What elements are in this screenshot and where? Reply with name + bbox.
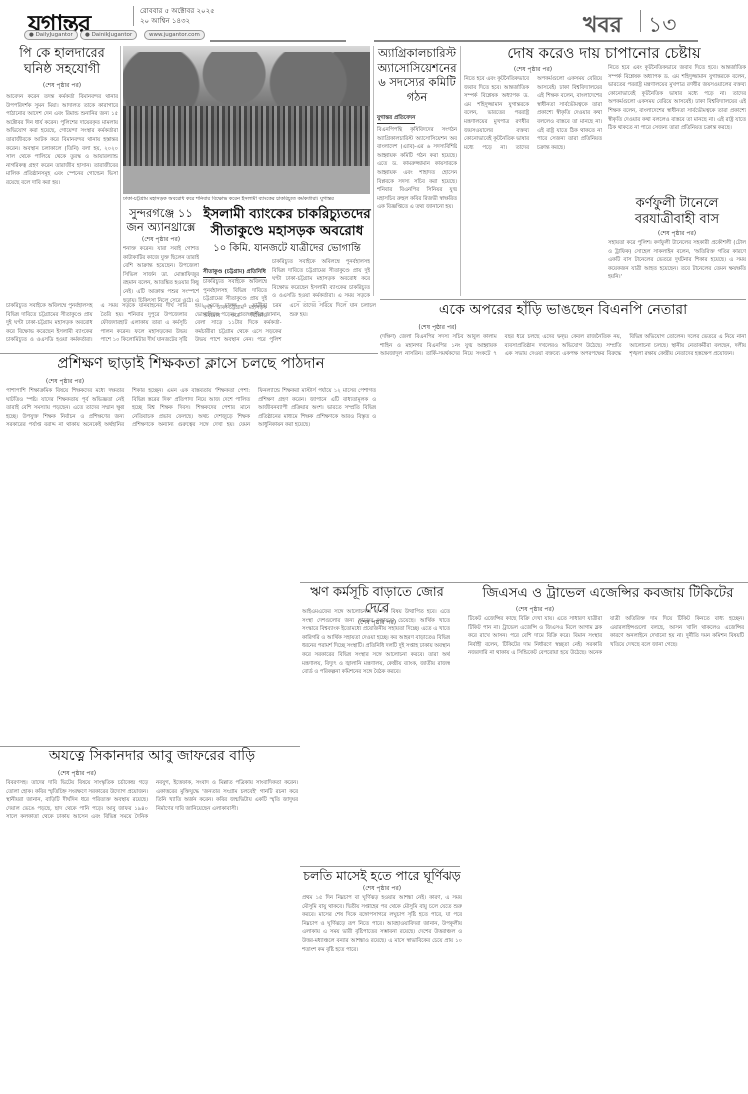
gsa-body: (শেষ পৃষ্ঠার পর) টিকেট এজেন্সির কাছে বিক… — [468, 604, 744, 1094]
section-rule — [380, 299, 746, 300]
article-blame[interactable]: দোষ করেও দায় চাপানোর চেষ্টায় — [464, 44, 744, 62]
blame-col3: নিতে হবে এবং কূটনৈতিকভাবে জবাব দিতে হবে।… — [608, 64, 746, 192]
article-body: বিএনপিপন্থি কৃষিবিদদের সংগঠন অ্যাগ্রিকাল… — [377, 126, 457, 298]
islami-bank-body-tail: চাকরিচ্যুত সবাইকে অবিলম্বে পুনর্বহালসহ ব… — [6, 302, 376, 350]
section-rule — [300, 582, 748, 583]
article-cyclone[interactable]: চলতি মাসেই হতে পারে ঘূর্ণিঝড় (শেষ পৃষ্ঠ… — [302, 868, 462, 1090]
continued-label: (শেষ পৃষ্ঠার পর) — [380, 322, 495, 333]
article-sundarganj[interactable]: সুন্দরগঞ্জে ১১ জন অ্যানথ্রাক্সে (শেষ পৃষ… — [123, 206, 199, 305]
photo-caption: ঢাকা-চট্টগ্রাম মহাসড়ক অবরোধ করে শনিবার … — [123, 196, 370, 204]
headline: অযত্নে সিকানদার আবু জাফরের বাড়ি — [6, 748, 298, 765]
website-link[interactable]: www.jugantor.com — [144, 30, 205, 40]
continued-label: (শেষ পৃষ্ঠার পর) — [468, 604, 602, 615]
article-islami-bank[interactable]: ইসলামী ব্যাংকের চাকরিচ্যুতদের সীতাকুণ্ডে… — [203, 206, 371, 256]
sikandar-body: (শেষ পৃষ্ঠার পর) বিবরণসহ। তাদের দাবি ভিট… — [6, 768, 298, 1094]
article-body-cont: চাকরিচ্যুত সবাইকে অবিলম্বে পুনর্বহালসহ ব… — [272, 258, 370, 302]
article-body: নিতে হবে এবং কূটনৈতিকভাবে জবাব দিতে হবে।… — [464, 75, 602, 303]
article-karnaphuli[interactable]: কর্ণফুলী টানেলে বরযাত্রীবাহী বাস (শেষ পৃ… — [608, 196, 746, 299]
headline: জিএসএ ও ট্রাভেল এজেন্সির কবজায় টিকিটের — [468, 585, 748, 601]
headline: ইসলামী ব্যাংকের চাকরিচ্যুতদের সীতাকুণ্ডে… — [203, 206, 371, 240]
date-gregorian: রোববার ৫ অক্টোবর ২০২৫ — [140, 6, 215, 16]
headline: দোষ করেও দায় চাপানোর চেষ্টায় — [464, 44, 744, 62]
headline: প্রশিক্ষণ ছাড়াই শিক্ষকতা ক্লাসে চলছে পা… — [6, 354, 376, 372]
continued-label: (শেষ পৃষ্ঠার পর) — [608, 228, 746, 239]
headline: অ্যাগ্রিকালচারিস্ট অ্যাসোসিয়েশনের ৬ সদস… — [377, 46, 457, 104]
article-bnp[interactable]: একে অপরের হাঁড়ি ভাঙছেন বিএনপি নেতারা — [380, 302, 746, 319]
article-agriculturist[interactable]: অ্যাগ্রিকালচারিস্ট অ্যাসোসিয়েশনের ৬ সদস… — [377, 46, 457, 298]
article-body: শনাক্ত করেন। যারা সবাই গোশত কাটাকাটির কা… — [123, 245, 199, 305]
section-title: খবর — [583, 8, 622, 45]
article-gsa[interactable]: জিএসএ ও ট্রাভেল এজেন্সির কবজায় টিকিটের — [468, 585, 748, 601]
article-body: আবেদন করেন তদন্ত কর্মকর্তা বিমানবন্দর থা… — [6, 93, 118, 293]
divider — [640, 10, 641, 32]
news-photo-protest — [123, 46, 370, 194]
article-training[interactable]: প্রশিক্ষণ ছাড়াই শিক্ষকতা ক্লাসে চলছে পা… — [6, 354, 376, 372]
photo-road — [123, 166, 370, 194]
issue-date: রোববার ৫ অক্টোবর ২০২৫ ২০ আশ্বিন ১৪৩২ — [133, 6, 215, 26]
photo-crowd — [123, 106, 370, 166]
article-sikandar[interactable]: অযত্নে সিকানদার আবু জাফরের বাড়ি — [6, 748, 298, 765]
section-rule — [0, 746, 300, 747]
header-rule — [210, 40, 346, 42]
continued-label: (শেষ পৃষ্ঠার পর) — [6, 80, 118, 91]
article-body-cont: নিতে হবে এবং কূটনৈতিকভাবে জবাব দিতে হবে।… — [608, 64, 746, 192]
subheadline: ১০ কিমি. যানজটে যাত্রীদের ভোগান্তি — [203, 242, 371, 256]
column-divider — [373, 46, 374, 296]
twitter-handle[interactable]: ● DailyJugantor — [24, 30, 78, 40]
byline: যুগান্তর প্রতিবেদন — [377, 115, 415, 124]
article-body: টিকেট এজেন্সির কাছে বিক্রি দেখা যায়। এত… — [468, 615, 744, 1094]
continued-label: (শেষ পৃষ্ঠার পর) — [302, 883, 462, 894]
headline: সুন্দরগঞ্জে ১১ জন অ্যানথ্রাক্সে — [123, 206, 199, 234]
section-rule — [300, 866, 460, 867]
column-divider — [120, 46, 121, 296]
blame-col1: (শেষ পৃষ্ঠার পর) নিতে হবে এবং কূটনৈতিকভা… — [464, 64, 602, 303]
headline: চলতি মাসেই হতে পারে ঘূর্ণিঝড় — [302, 868, 462, 883]
continued-label: (শেষ পৃষ্ঠার পর) — [123, 234, 199, 245]
byline: সীতাকুণ্ড (চট্টগ্রাম) প্রতিনিধি — [203, 269, 266, 278]
article-body: (দক্ষিণ) জেলা বিএনপির সদস্য সচিব আবুল কা… — [380, 333, 746, 581]
article-body: সহায়তা করে পুলিশ। কর্ণফুলী টানেলের সহকা… — [608, 239, 746, 299]
page-number: ১৩ — [648, 8, 677, 45]
article-body: প্রথম ১৫ দিন নিম্নচাপ বা ঘূর্ণিঝড় হওয়া… — [302, 894, 462, 1090]
article-body: আইএমএফের সঙ্গে আলোচনায় এ সব বিষয় উত্থা… — [302, 608, 450, 856]
photo-trees — [123, 52, 370, 107]
headline: কর্ণফুলী টানেলে বরযাত্রীবাহী বাস — [608, 196, 746, 228]
date-bangla: ২০ আশ্বিন ১৪৩২ — [140, 16, 215, 26]
continued-label: (শেষ পৃষ্ঠার পর) — [464, 64, 602, 75]
newspaper-logo: যুগান্তর — [28, 6, 90, 46]
article-pk-haldar[interactable]: পি কে হালদারের ঘনিষ্ঠ সহযোগী (শেষ পৃষ্ঠা… — [6, 46, 118, 293]
headline: পি কে হালদারের ঘনিষ্ঠ সহযোগী — [6, 46, 118, 78]
bnp-body: (শেষ পৃষ্ঠার পর) (দক্ষিণ) জেলা বিএনপির স… — [380, 322, 746, 581]
headline: একে অপরের হাঁড়ি ভাঙছেন বিএনপি নেতারা — [380, 302, 746, 319]
continued-label: (শেষ পৃষ্ঠার পর) — [6, 376, 124, 387]
column-divider — [460, 46, 461, 296]
facebook-handle[interactable]: ● DainikJugantor — [80, 30, 137, 40]
article-body: বিবরণসহ। তাদের দাবি ভিটেয় বিষয়ে সাংস্ক… — [6, 779, 298, 1094]
continued-label: (শেষ পৃষ্ঠার পর) — [6, 768, 148, 779]
